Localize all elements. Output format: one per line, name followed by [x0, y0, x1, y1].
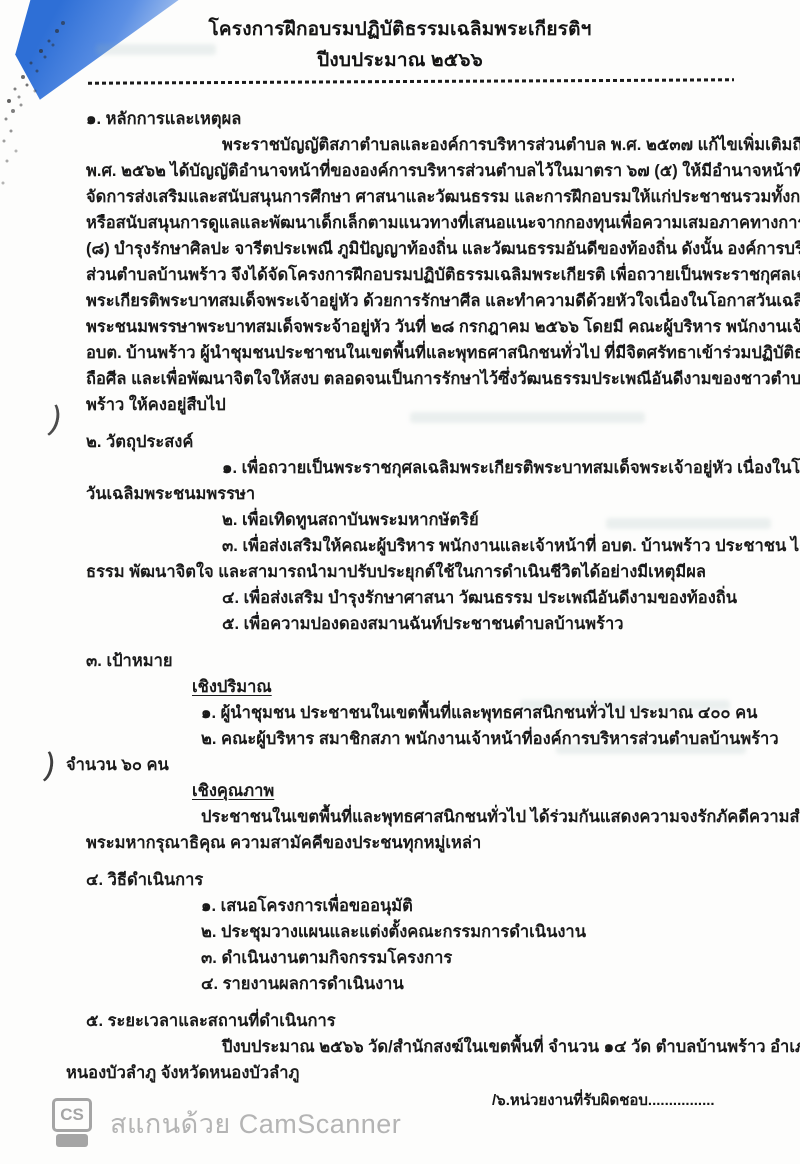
doc-line: เชิงปริมาณ	[86, 674, 750, 700]
doc-line: พร้าว ให้คงอยู่สืบไป	[86, 392, 750, 418]
document-section: ๔. วิธีดำเนินการ๑. เสนอโครงการเพื่อขออนุ…	[86, 867, 750, 997]
doc-line: ๑. ผู้นำชุมชน ประชาชนในเขตพื้นที่และพุทธ…	[86, 700, 750, 726]
document-section: ๑. หลักการและเหตุผลพระราชบัญญัติสภาตำบลแ…	[86, 106, 750, 418]
doc-line: จำนวน ๖๐ คน	[66, 752, 750, 778]
doc-line: ๓. เพื่อส่งเสริมให้คณะผู้บริหาร พนักงานแ…	[86, 533, 750, 559]
doc-line: จัดการส่งเสริมและสนับสนุนการศึกษา ศาสนาแ…	[86, 184, 750, 210]
doc-line: ๒. ประชุมวางแผนและแต่งตั้งคณะกรรมการดำเน…	[86, 919, 750, 945]
bleed-through-mark	[96, 44, 216, 55]
doc-line: พระราชบัญญัติสภาตำบลและองค์การบริหารส่วน…	[86, 132, 750, 158]
document-section: ๒. วัตถุประสงค์๑. เพื่อถวายเป็นพระราชกุศ…	[86, 429, 750, 637]
section-heading: ๑. หลักการและเหตุผล	[86, 106, 750, 132]
doc-line: พระเกียรติพระบาทสมเด็จพระเจ้าอยู่หัว ด้ว…	[86, 288, 750, 314]
doc-line: ๑. เพื่อถวายเป็นพระราชกุศลเฉลิมพระเกียรต…	[86, 455, 750, 481]
continuation-note: /๖.หน่วยงานที่รับผิดชอบ................	[492, 1088, 715, 1112]
camscanner-icon: CS	[52, 1098, 94, 1148]
doc-line: ๑. เสนอโครงการเพื่อขออนุมัติ	[86, 893, 750, 919]
doc-line: ๕. เพื่อความปองดองสมานฉันท์ประชาชนตำบลบ้…	[86, 611, 750, 637]
doc-line: ประชาชนในเขตพื้นที่และพุทธศาสนิกชนทั่วไป…	[86, 804, 750, 830]
cs-icon-label: CS	[52, 1098, 92, 1132]
doc-line: ๒. คณะผู้บริหาร สมาชิกสภา พนักงานเจ้าหน้…	[86, 726, 750, 752]
doc-line: พระมหากรุณาธิคุณ ความสามัคคีของประชนทุกห…	[86, 830, 750, 856]
section-heading: ๓. เป้าหมาย	[86, 648, 750, 674]
doc-line: วันเฉลิมพระชนมพรรษา	[86, 481, 750, 507]
doc-line: พ.ศ. ๒๕๖๒ ได้บัญญัติอำนาจหน้าที่ขององค์ก…	[86, 158, 750, 184]
section-heading: ๕. ระยะเวลาและสถานที่ดำเนินการ	[86, 1008, 750, 1034]
document-section: ๕. ระยะเวลาและสถานที่ดำเนินการปีงบประมาณ…	[86, 1008, 750, 1086]
doc-line: พระชนมพรรษาพระบาทสมเด็จพระจ้าอยู่หัว วัน…	[86, 314, 750, 340]
document-section: ๓. เป้าหมายเชิงปริมาณ๑. ผู้นำชุมชน ประชา…	[86, 648, 750, 856]
doc-line: (๘) บำรุงรักษาศิลปะ จารีตประเพณี ภูมิปัญ…	[86, 236, 750, 262]
divider-dashed-line	[88, 78, 734, 84]
camscanner-watermark-text: สแกนด้วย CamScanner	[110, 1102, 401, 1145]
doc-line: หรือสนับสนุนการดูแลและพัฒนาเด็กเล็กตามแน…	[86, 210, 750, 236]
doc-line: ๔. เพื่อส่งเสริม บำรุงรักษาศาสนา วัฒนธรร…	[86, 585, 750, 611]
doc-line: ปีงบประมาณ ๒๕๖๖ วัด/สำนักสงฆ์ในเขตพื้นที…	[86, 1034, 750, 1060]
section-heading: ๒. วัตถุประสงค์	[86, 429, 750, 455]
doc-line: ๔. รายงานผลการดำเนินงาน	[86, 971, 750, 997]
doc-line: ๒. เพื่อเทิดทูนสถาบันพระมหากษัตริย์	[86, 507, 750, 533]
doc-line: ส่วนตำบลบ้านพร้าว จึงได้จัดโครงการฝึกอบร…	[86, 262, 750, 288]
scan-speckles	[0, 0, 2, 2]
document-body: ๑. หลักการและเหตุผลพระราชบัญญัติสภาตำบลแ…	[0, 102, 800, 1086]
doc-line: ธรรม พัฒนาจิตใจ และสามารถนำมาปรับประยุกต…	[86, 559, 750, 585]
camscanner-watermark: CS สแกนด้วย CamScanner	[52, 1098, 401, 1148]
doc-line: หนองบัวลำภู จังหวัดหนองบัวลำภู	[66, 1060, 750, 1086]
doc-line: อบต. บ้านพร้าว ผู้นำชุมชนประชาชนในเขตพื้…	[86, 340, 750, 366]
doc-line: ถือศีล และเพื่อพัฒนาจิตใจให้สงบ ตลอดจนเป…	[86, 366, 750, 392]
section-heading: ๔. วิธีดำเนินการ	[86, 867, 750, 893]
scanned-document-page: โครงการฝึกอบรมปฏิบัติธรรมเฉลิมพระเกียรติ…	[0, 0, 800, 1164]
doc-line: ๓. ดำเนินงานตามกิจกรรมโครงการ	[86, 945, 750, 971]
cs-icon-tab	[56, 1134, 88, 1147]
doc-line: เชิงคุณภาพ	[86, 778, 750, 804]
